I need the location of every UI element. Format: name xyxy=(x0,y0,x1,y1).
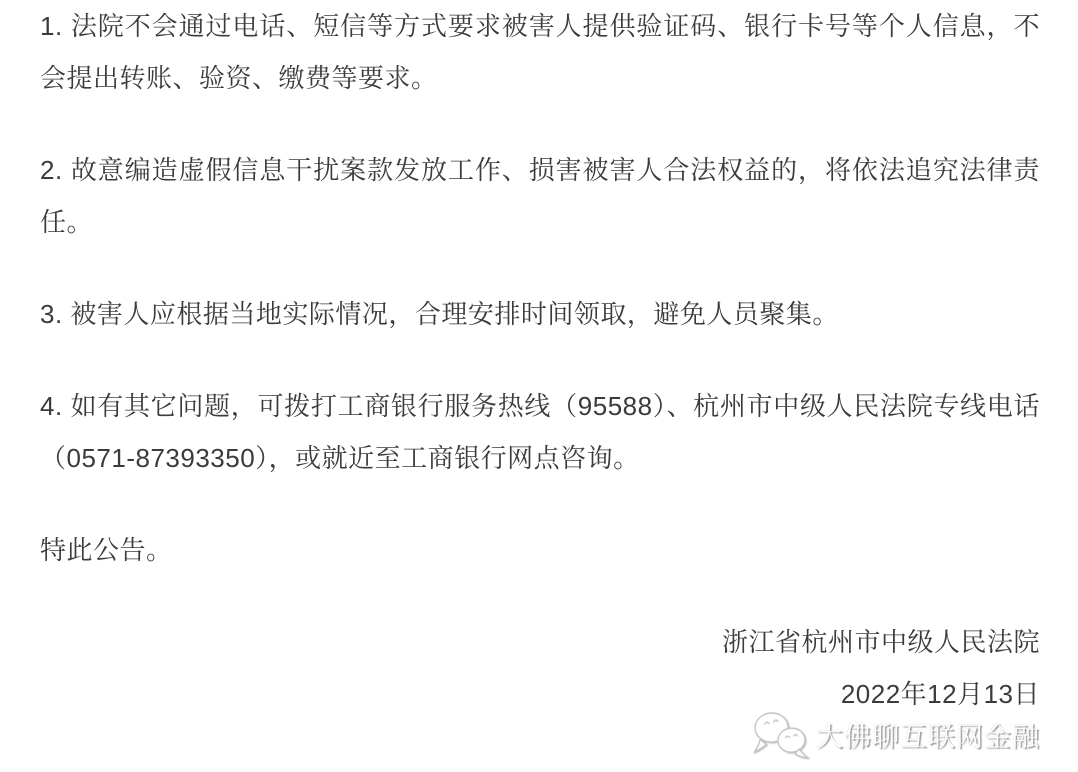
announcement-paragraph-2: 2. 故意编造虚假信息干扰案款发放工作、损害被害人合法权益的，将依法追究法律责任… xyxy=(40,144,1040,248)
issuer-name: 浙江省杭州市中级人民法院 xyxy=(40,616,1040,668)
announcement-paragraph-1: 1. 法院不会通过电话、短信等方式要求被害人提供验证码、银行卡号等个人信息，不会… xyxy=(40,0,1040,104)
signature-block: 浙江省杭州市中级人民法院 2022年12月13日 xyxy=(40,616,1040,720)
announcement-document: 1. 法院不会通过电话、短信等方式要求被害人提供验证码、银行卡号等个人信息，不会… xyxy=(0,0,1078,772)
watermark: 大佛聊互联网金融 xyxy=(40,706,1040,762)
wechat-icon xyxy=(746,705,812,763)
announcement-closing: 特此公告。 xyxy=(40,524,1040,576)
announcement-paragraph-4: 4. 如有其它问题，可拨打工商银行服务热线（95588）、杭州市中级人民法院专线… xyxy=(40,380,1040,484)
watermark-label: 大佛聊互联网金融 xyxy=(816,715,1040,754)
announcement-paragraph-3: 3. 被害人应根据当地实际情况，合理安排时间领取，避免人员聚集。 xyxy=(40,288,1040,340)
